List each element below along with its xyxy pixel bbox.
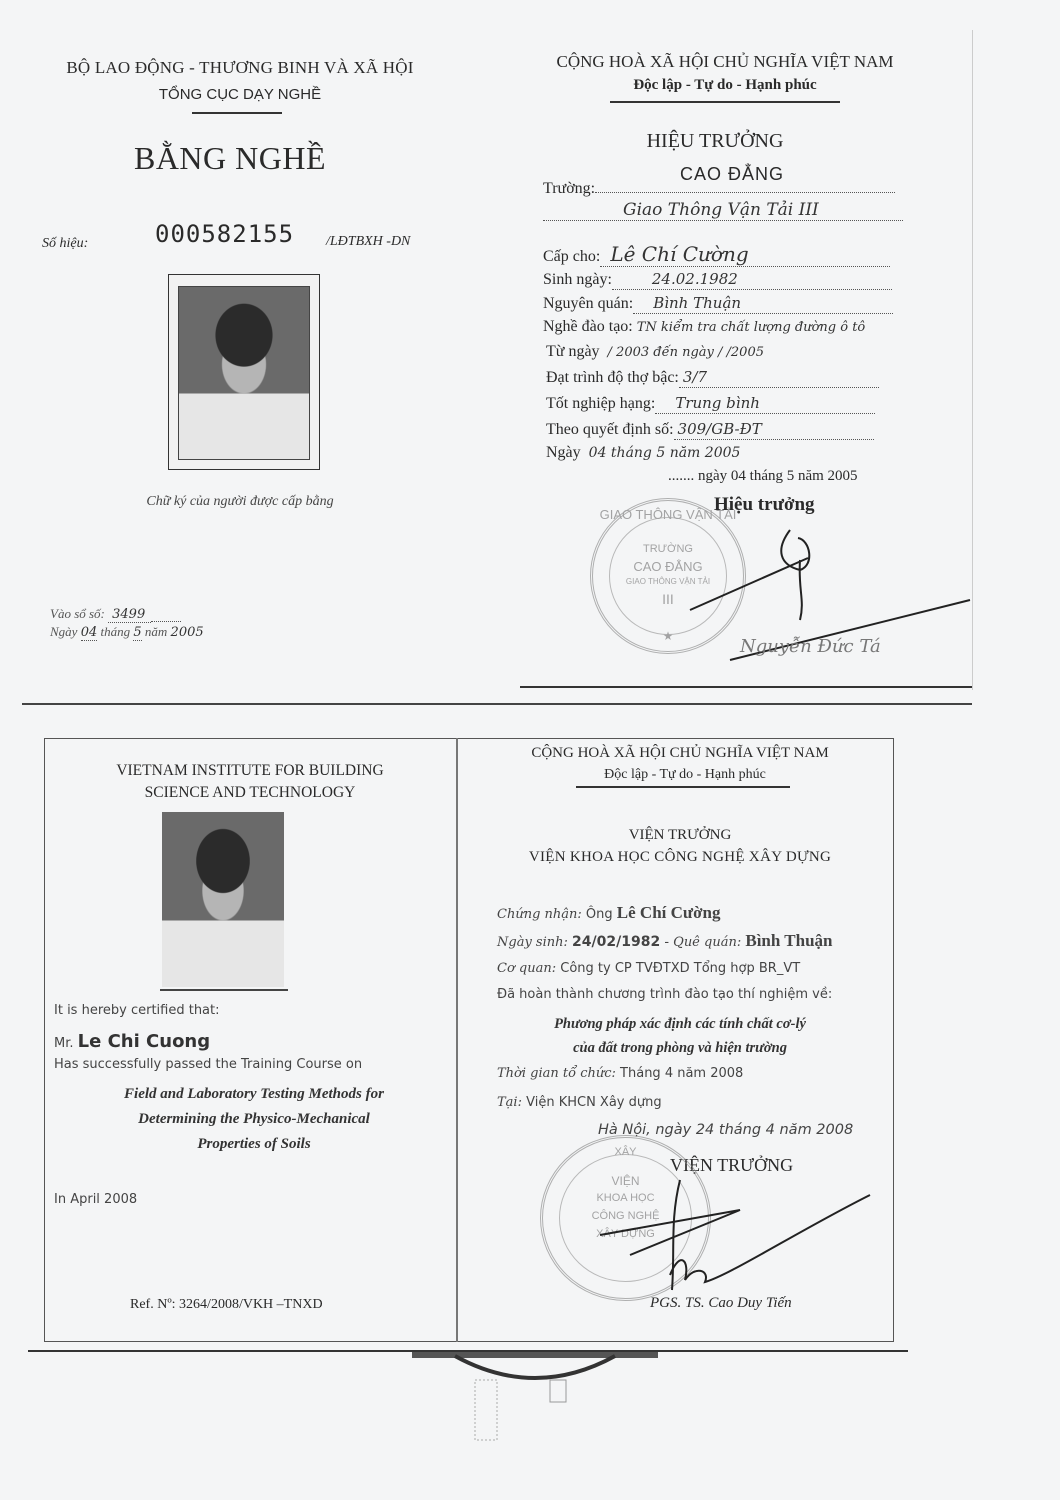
field-school-name: Giao Thông Vận Tải III: [543, 200, 903, 221]
place-line: Tại: Viện KHCN Xây dựng: [497, 1095, 662, 1110]
page-separator: [22, 703, 972, 705]
holder-photo: [178, 286, 310, 460]
dob-hometown-line: Ngày sinh: 24/02/1982 - Quê quán: Bình T…: [497, 931, 832, 951]
register-number: 3499: [108, 607, 151, 623]
certify-line: Chứng nhận: Ông Lê Chí Cường: [497, 903, 720, 923]
director-heading: VIỆN TRƯỞNG: [470, 827, 890, 844]
national-motto: Độc lập - Tự do - Hạnh phúc: [560, 77, 890, 94]
ministry-name: BỘ LAO ĐỘNG - THƯƠNG BINH VÀ XÃ HỘI: [30, 58, 450, 78]
issue-date: ....... ngày 04 tháng 5 năm 2005: [668, 468, 858, 485]
field-grade: Tốt nghiệp hạng:Trung bình: [546, 394, 875, 414]
national-motto-vn: Độc lập - Tự do - Hạnh phúc: [560, 767, 810, 783]
binder-clip-mark: [410, 1350, 660, 1450]
holder-signature-caption: Chữ ký của người được cấp bằng: [60, 494, 420, 510]
issuer-heading: HIỆU TRƯỞNG: [560, 130, 870, 153]
completed-line: Đã hoàn thành chương trình đào tạo thí n…: [497, 987, 832, 1002]
department-name: TỔNG CỤC DẠY NGHỀ: [130, 86, 350, 103]
photo-rule: [160, 989, 288, 991]
reference-number: Ref. Nº: 3264/2008/VKH –TNXD: [130, 1297, 323, 1313]
field-hometown: Nguyên quán:Bình Thuận: [543, 294, 893, 314]
republic-name: CỘNG HOÀ XÃ HỘI CHỦ NGHĨA VIỆT NAM: [505, 52, 945, 72]
header-rule: [192, 112, 282, 114]
field-decision-no: Theo quyết định số:309/GB-ĐT: [546, 420, 874, 440]
certificate-title: BẰNG NGHỀ: [90, 140, 370, 177]
course-title-en: Field and Laboratory Testing Methods for…: [54, 1082, 454, 1157]
passed-text: Has successfully passed the Training Cou…: [54, 1057, 362, 1072]
trainee-name-en: Mr. Le Chi Cuong: [54, 1031, 210, 1052]
republic-name-vn: CỘNG HOÀ XÃ HỘI CHỦ NGHĨA VIỆT NAM: [470, 745, 890, 762]
field-dob: Sinh ngày:24.02.1982: [543, 270, 892, 290]
trainee-photo: [162, 812, 284, 987]
agency-line: Cơ quan: Công ty CP TVĐTXD Tổng hợp BR_V…: [497, 961, 800, 976]
register-date: Ngày 04 tháng 5 năm 2005: [50, 624, 204, 640]
field-school: Trường:: [543, 180, 895, 198]
certificate-divider: [456, 738, 458, 1342]
course-date-en: In April 2008: [54, 1192, 137, 1207]
course-title-vn: Phương pháp xác định các tính chất cơ-lý…: [470, 1012, 890, 1060]
time-line: Thời gian tổ chức: Tháng 4 năm 2008: [497, 1066, 743, 1081]
director-signature: [600, 1170, 880, 1300]
director-name: PGS. TS. Cao Duy Tiến: [650, 1295, 792, 1312]
serial-label: Số hiệu:: [42, 236, 88, 252]
field-trade: Nghề đào tạo:TN kiểm tra chất lượng đườn…: [543, 318, 869, 336]
field-issued-to: Cấp cho:Lê Chí Cường: [543, 242, 890, 267]
field-period: Từ ngày / 2003 đến ngày / /2005: [546, 343, 768, 361]
field-decision-date: Ngày 04 tháng 5 năm 2005: [546, 444, 744, 462]
motto-rule: [576, 786, 790, 788]
institute-name-vn: VIỆN KHOA HỌC CÔNG NGHỆ XÂY DỰNG: [470, 849, 890, 866]
register-line: Vào sổ số: 3499: [50, 606, 181, 622]
principal-name: Nguyễn Đức Tá: [740, 636, 881, 657]
field-skill-level: Đạt trình độ thợ bậc:3/7: [546, 368, 879, 388]
serial-number: 000582155: [155, 220, 294, 248]
top-certificate-bottom-edge: [520, 686, 972, 688]
serial-suffix: /LĐTBXH -DN: [326, 234, 410, 250]
register-label: Vào sổ số:: [50, 606, 105, 621]
institute-name-en: VIETNAM INSTITUTE FOR BUILDING SCIENCE A…: [60, 760, 440, 804]
certified-that-text: It is hereby certified that:: [54, 1003, 220, 1018]
motto-rule: [610, 101, 840, 103]
